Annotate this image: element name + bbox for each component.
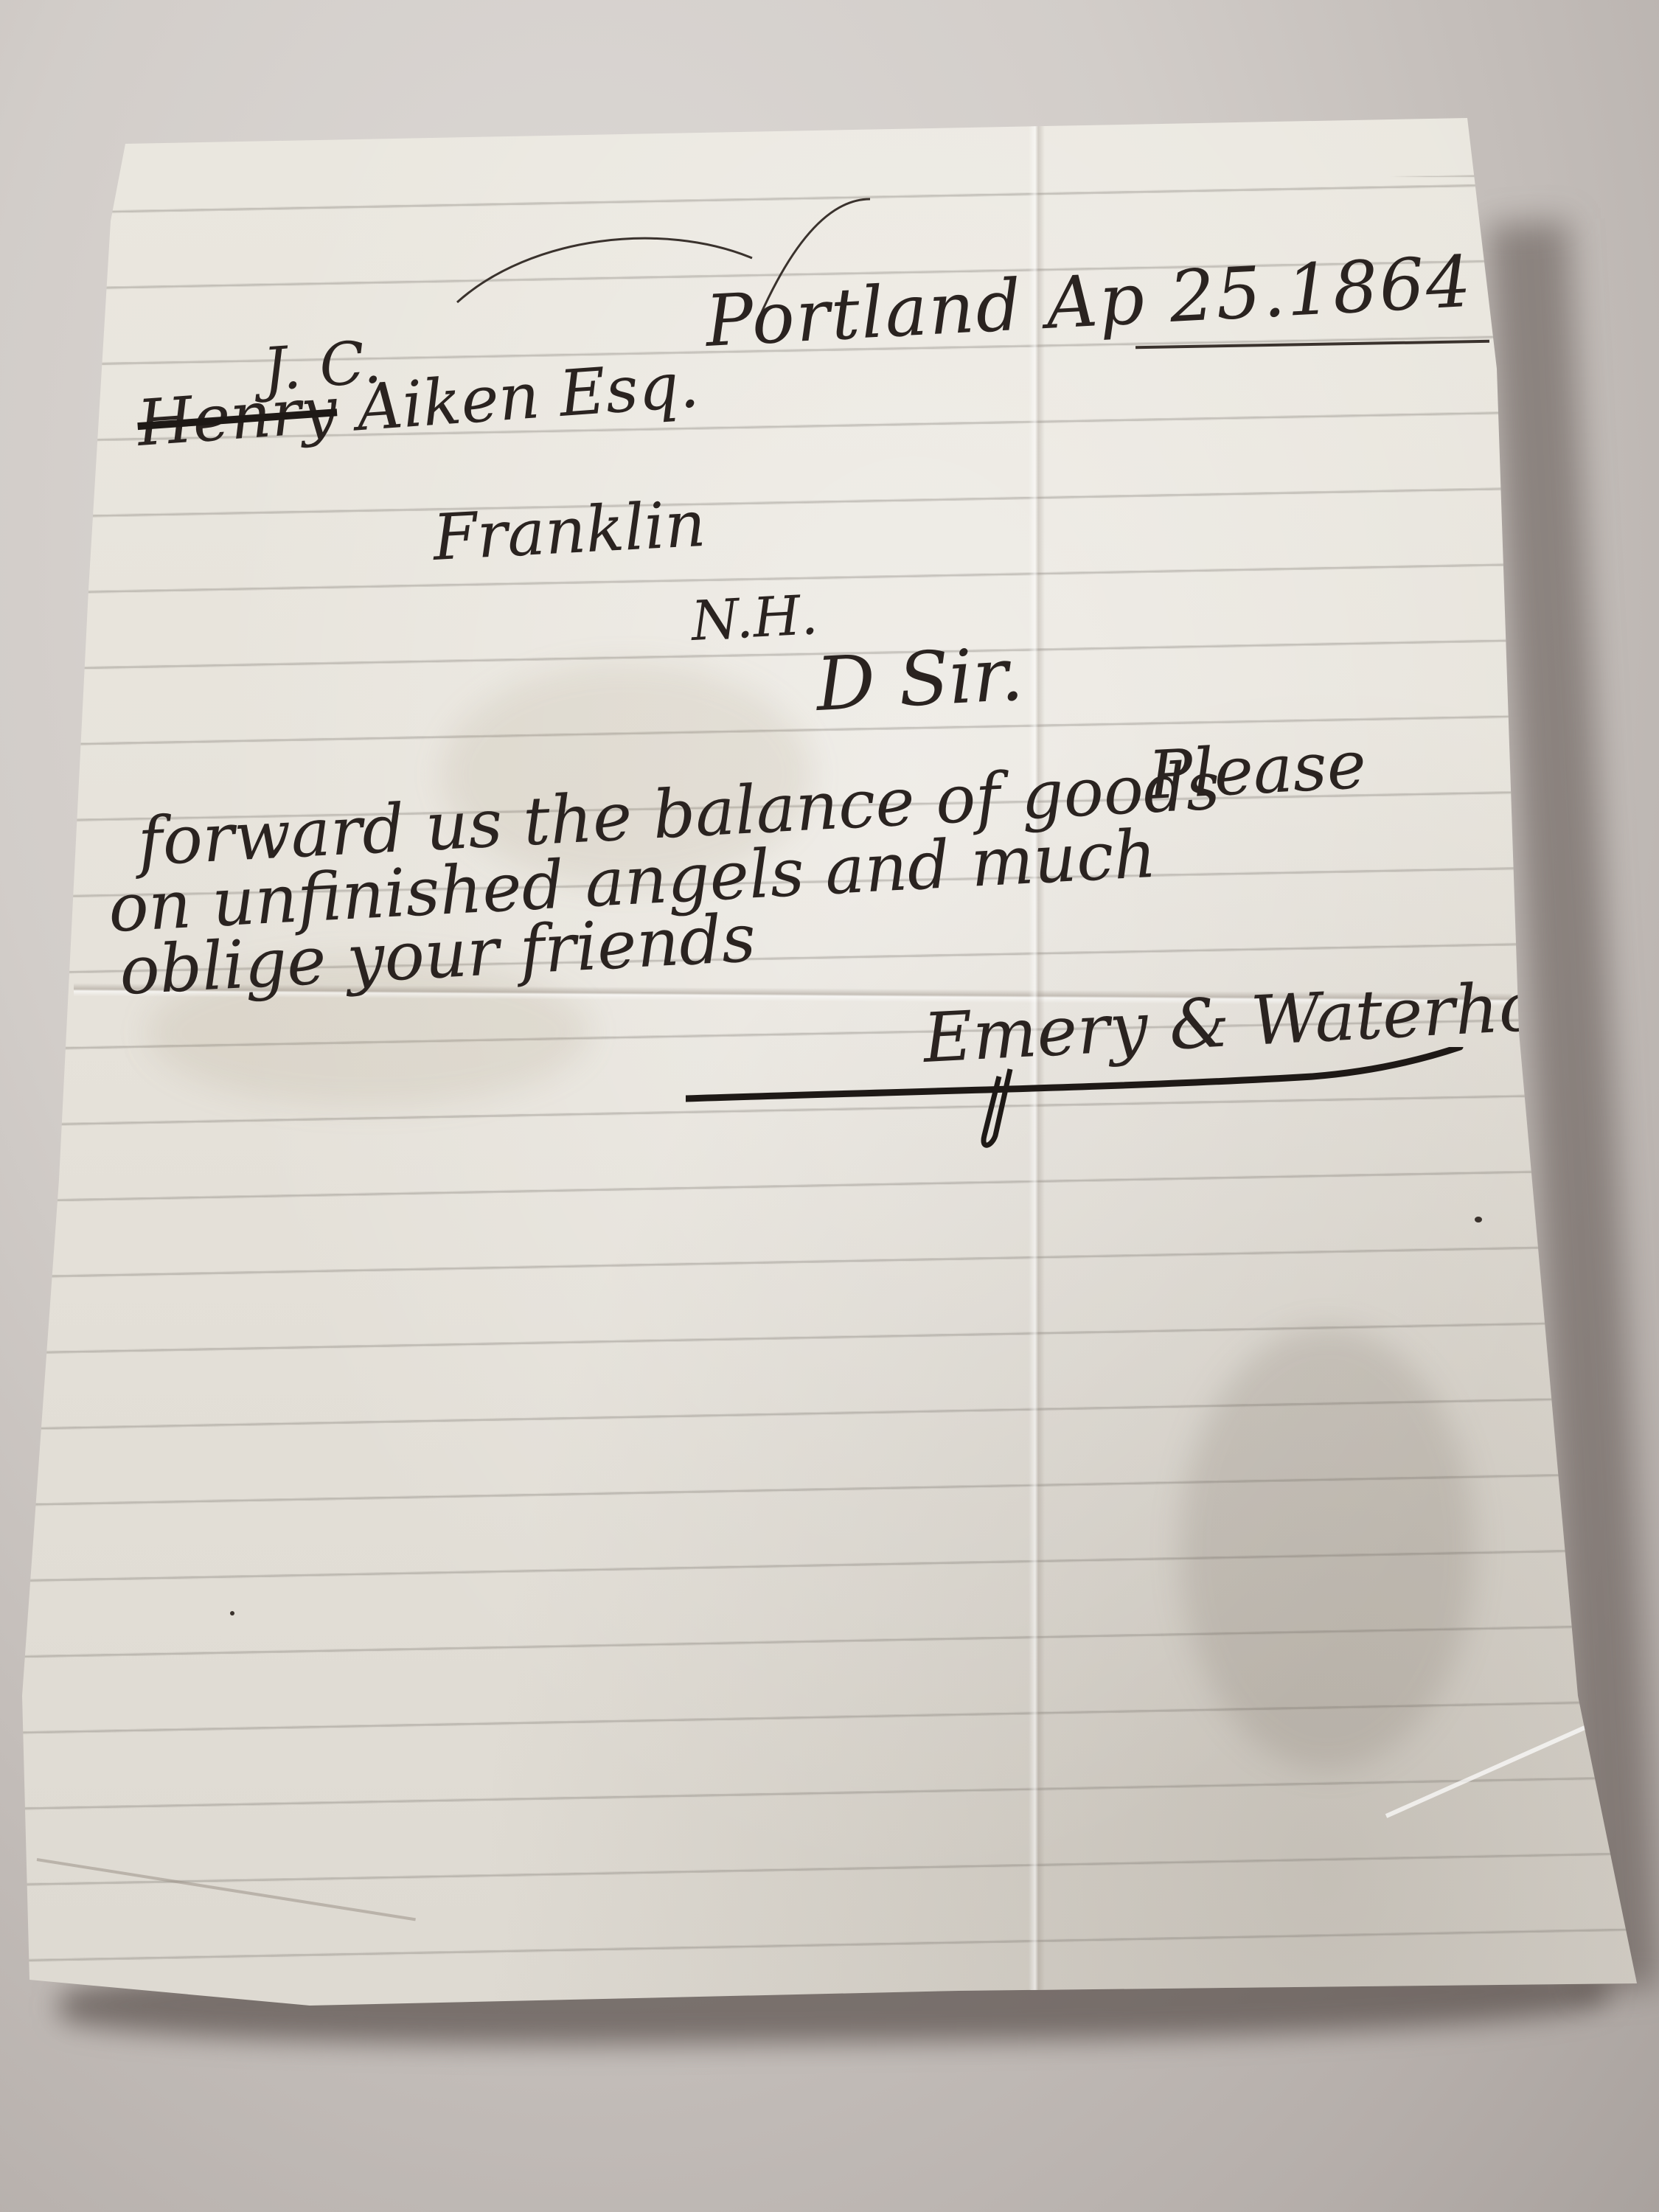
- ink-speck: [1475, 1217, 1482, 1222]
- letter-paper: Portland Ap 25.1864 J. C. Henry Aiken Es…: [0, 0, 1659, 2212]
- struck-out-first-name: Henry: [135, 373, 339, 461]
- addressee-state: N.H.: [689, 583, 819, 653]
- ink-speck: [230, 1611, 234, 1615]
- paper-stain: [1180, 1327, 1475, 1770]
- salutation: D Sir.: [814, 630, 1026, 728]
- addressee-town: Franklin: [431, 487, 708, 575]
- signature-underline-flourish-icon: [686, 1047, 1467, 1150]
